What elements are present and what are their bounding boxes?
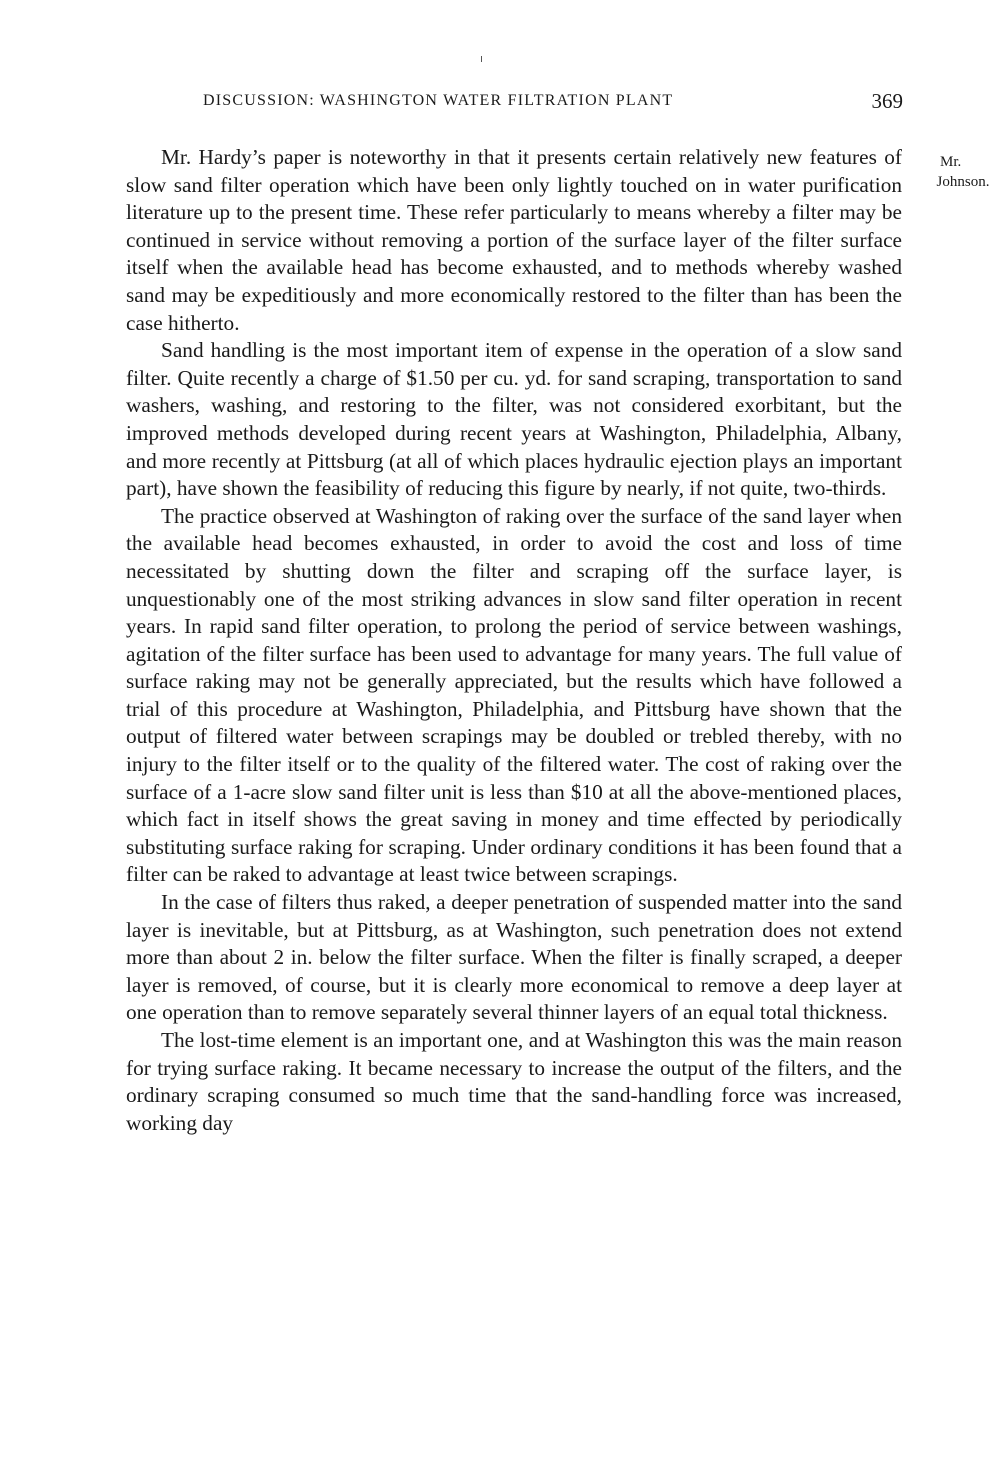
paragraph-lost-time: The lost-time element is an important on…	[126, 1027, 902, 1137]
paragraph-sand-handling: Sand handling is the most important item…	[126, 337, 902, 503]
margin-note-name: Johnson.	[928, 172, 998, 192]
margin-note-title: Mr.	[930, 152, 998, 172]
paragraph-raking-practice: The practice observed at Washington of r…	[126, 503, 902, 889]
paragraph-penetration: In the case of filters thus raked, a dee…	[126, 889, 902, 1027]
margin-speaker-note: Mr. Johnson.	[928, 152, 998, 192]
paragraph-intro: Mr. Hardy’s paper is noteworthy in that …	[126, 144, 902, 337]
body-text: Mr. Hardy’s paper is noteworthy in that …	[126, 144, 902, 1137]
running-head-title: DISCUSSION: WASHINGTON WATER FILTRATION …	[203, 88, 673, 114]
page-number: 369	[872, 88, 904, 114]
document-page: DISCUSSION: WASHINGTON WATER FILTRATION …	[0, 0, 1000, 1467]
running-head: DISCUSSION: WASHINGTON WATER FILTRATION …	[203, 88, 903, 114]
scan-artifact-mark	[481, 56, 482, 62]
